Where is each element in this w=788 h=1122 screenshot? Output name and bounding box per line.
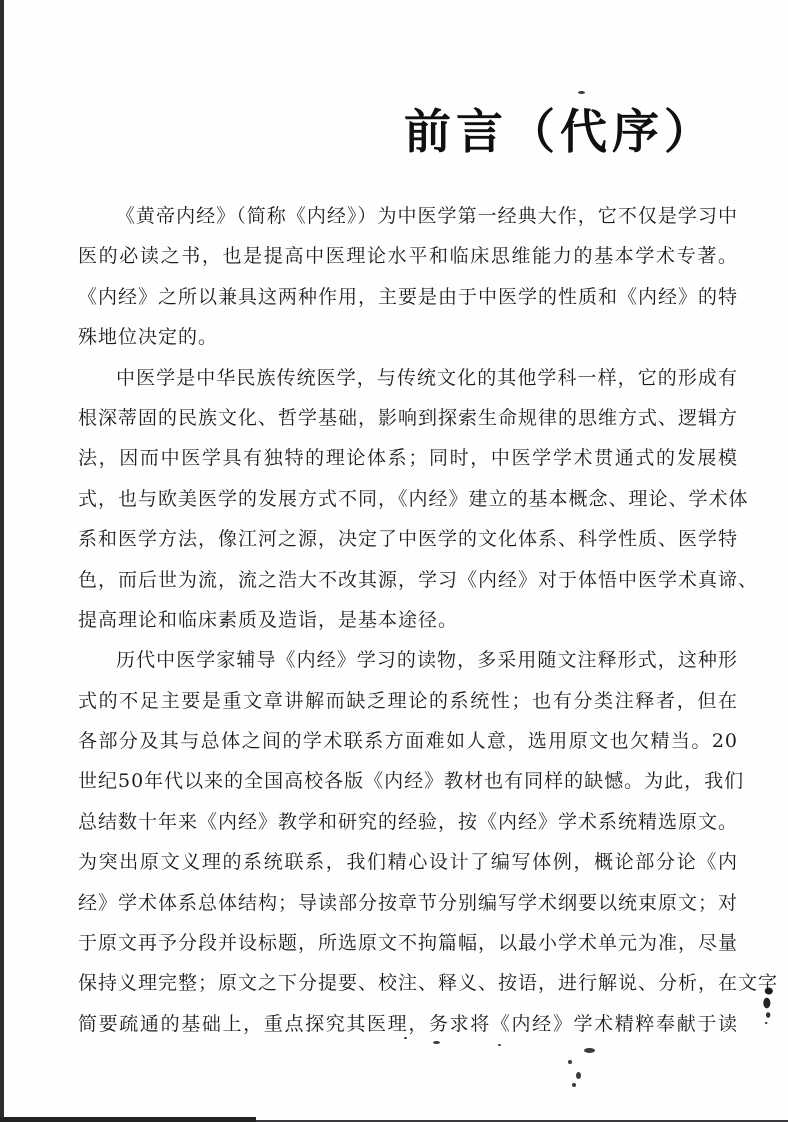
text-line: 各部分及其与总体之间的学术联系方面难如人意，选用原文也欠精当。20 [78,721,738,761]
text-line: 式，也与欧美医学的发展方式不同，《内经》建立的基本概念、理论、学术体 [78,479,738,519]
text-line: 中医学是中华民族传统医学，与传统文化的其他学科一样，它的形成有 [78,358,738,398]
text-line: 《黄帝内经》（简称《内经》）为中医学第一经典大作，它不仅是学习中 [78,196,738,236]
text-line: 式的不足主要是重文章讲解而缺乏理论的系统性；也有分类注释者，但在 [78,681,738,721]
text-line: 于原文再予分段并设标题，所选原文不拘篇幅，以最小学术单元为准，尽量 [78,923,738,963]
scan-artifact-smudge [761,985,774,1025]
scan-border-bottom-thick [0,1117,256,1122]
scan-artifact-speck [404,1037,407,1039]
text-line: 医的必读之书，也是提高中医理论水平和临床思维能力的基本学术专著。 [78,236,738,276]
text-line: 殊地位决定的。 [78,317,738,357]
scan-artifact-speck [568,1060,572,1064]
text-line: 历代中医学家辅导《内经》学习的读物，多采用随文注释形式，这种形 [78,640,738,680]
text-line: 经》学术体系总体结构；导读部分按章节分别编写学术纲要以统束原文；对 [78,883,738,923]
scan-artifact-speck [572,1083,576,1087]
page-title: 前言（代序） [0,95,716,162]
text-line: 《内经》之所以兼具这两种作用，主要是由于中医学的性质和《内经》的特 [78,277,738,317]
scan-artifact-speck [584,1048,595,1053]
scan-artifact-speck [576,1072,581,1079]
text-line: 提高理论和临床素质及造诣，是基本途径。 [78,600,738,640]
text-line: 世纪50年代以来的全国高校各版《内经》教材也有同样的缺憾。为此，我们 [78,761,738,801]
scanned-book-page: 前言（代序） 《黄帝内经》（简称《内经》）为中医学第一经典大作，它不仅是学习中医… [0,0,788,1122]
text-line: 保持义理完整；原文之下分提要、校注、释义、按语，进行解说、分析，在文字 [78,963,738,1003]
preface-body: 《黄帝内经》（简称《内经》）为中医学第一经典大作，它不仅是学习中医的必读之书，也… [78,196,738,1044]
text-line: 总结数十年来《内经》教学和研究的经验，按《内经》学术系统精选原文。 [78,802,738,842]
scan-artifact-speck [433,1041,440,1044]
text-line: 色，而后世为流，流之浩大不改其源，学习《内经》对于体悟中医学术真谛、 [78,560,738,600]
scan-artifact-speck [498,1044,501,1046]
text-line: 法，因而中医学具有独特的理论体系；同时，中医学学术贯通式的发展模 [78,438,738,478]
text-line: 简要疏通的基础上，重点探究其医理，务求将《内经》学术精粹奉献于读 [78,1004,738,1044]
text-line: 为突出原文义理的系统联系，我们精心设计了编写体例，概论部分论《内 [78,842,738,882]
text-line: 根深蒂固的民族文化、哲学基础，影响到探索生命规律的思维方式、逻辑方 [78,398,738,438]
scan-border-left [0,0,4,1122]
text-line: 系和医学方法，像江河之源，决定了中医学的文化体系、科学性质、医学特 [78,519,738,559]
scan-artifact-speck [578,91,585,94]
